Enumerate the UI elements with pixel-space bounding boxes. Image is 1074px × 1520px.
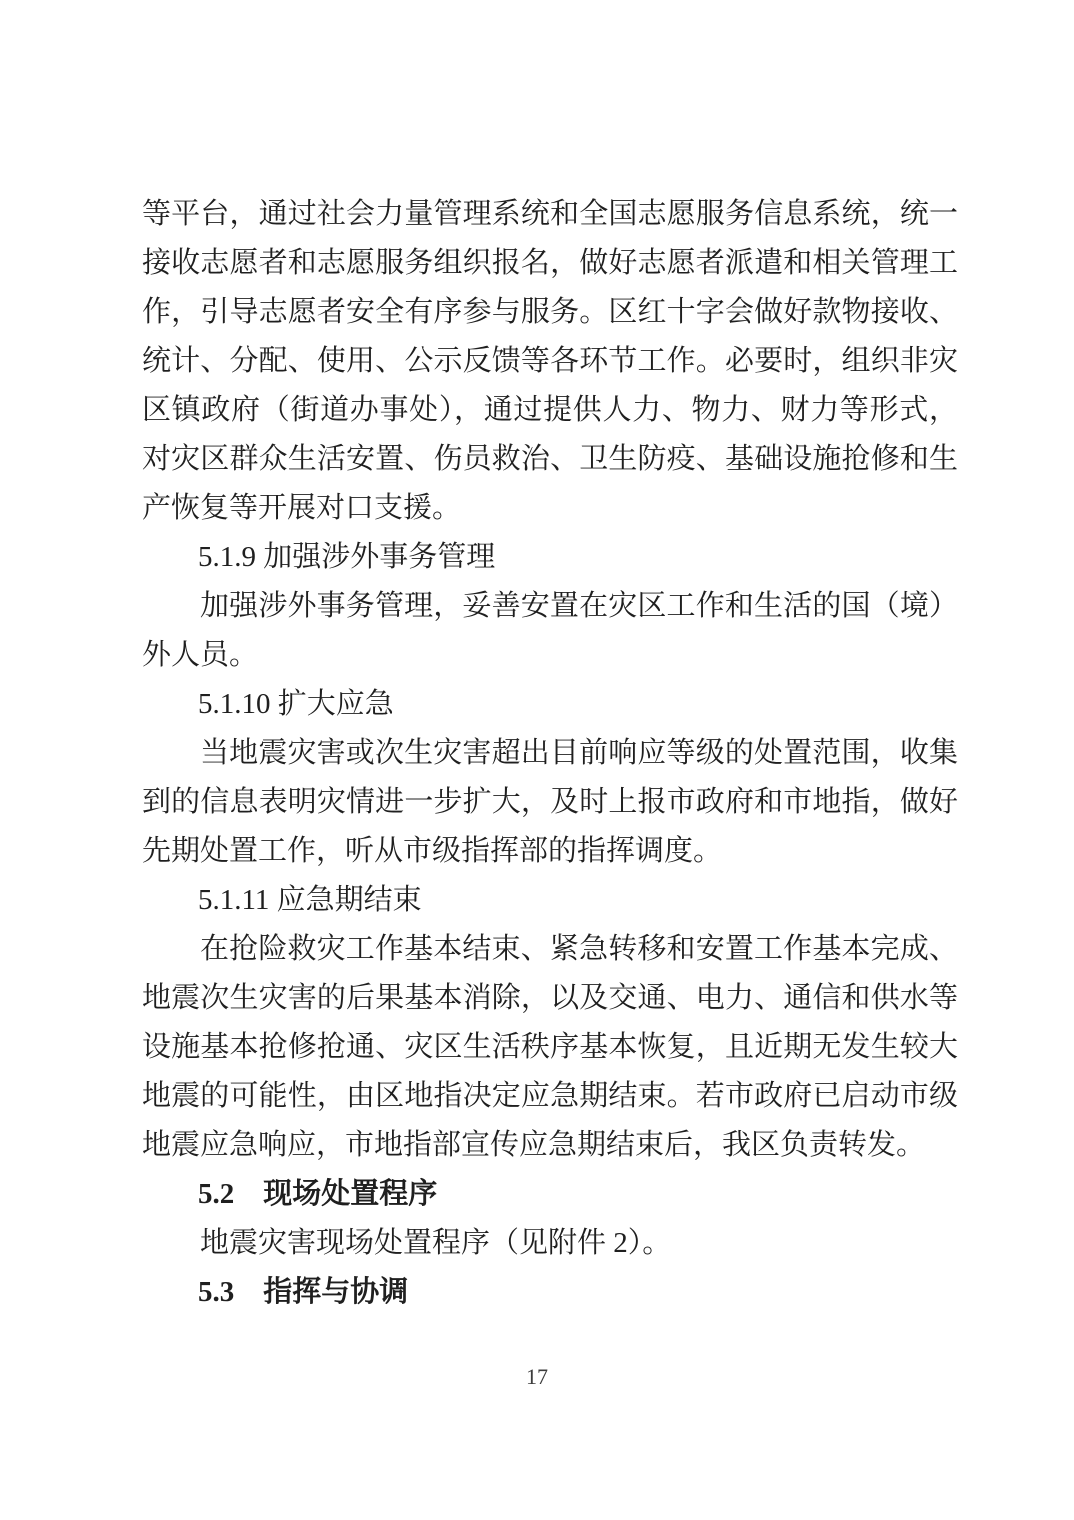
document-body: 等平台，通过社会力量管理系统和全国志愿服务信息系统，统一 接收志愿者和志愿服务组… (142, 190, 958, 1317)
page-number: 17 (0, 1362, 1074, 1392)
body-line: 地震灾害现场处置程序（见附件 2）。 (142, 1219, 958, 1268)
body-line: 地震次生灾害的后果基本消除，以及交通、电力、通信和供水等 (142, 974, 958, 1023)
heading-5-1-9: 5.1.9 加强涉外事务管理 (142, 533, 958, 582)
body-line: 加强涉外事务管理，妥善安置在灾区工作和生活的国（境） (142, 582, 958, 631)
body-line: 等平台，通过社会力量管理系统和全国志愿服务信息系统，统一 (142, 190, 958, 239)
body-line: 在抢险救灾工作基本结束、紧急转移和安置工作基本完成、 (142, 925, 958, 974)
body-line: 到的信息表明灾情进一步扩大，及时上报市政府和市地指，做好 (142, 778, 958, 827)
document-page: 等平台，通过社会力量管理系统和全国志愿服务信息系统，统一 接收志愿者和志愿服务组… (0, 0, 1074, 1520)
heading-5-3: 5.3 指挥与协调 (142, 1268, 958, 1317)
body-line: 接收志愿者和志愿服务组织报名，做好志愿者派遣和相关管理工 (142, 239, 958, 288)
body-line: 先期处置工作，听从市级指挥部的指挥调度。 (142, 827, 958, 876)
body-line: 外人员。 (142, 631, 958, 680)
heading-5-1-11: 5.1.11 应急期结束 (142, 876, 958, 925)
body-line: 统计、分配、使用、公示反馈等各环节工作。必要时，组织非灾 (142, 337, 958, 386)
body-line: 区镇政府（街道办事处），通过提供人力、物力、财力等形式， (142, 386, 958, 435)
heading-5-1-10: 5.1.10 扩大应急 (142, 680, 958, 729)
body-line: 地震应急响应，市地指部宣传应急期结束后，我区负责转发。 (142, 1121, 958, 1170)
body-line: 当地震灾害或次生灾害超出目前响应等级的处置范围，收集 (142, 729, 958, 778)
body-line: 作，引导志愿者安全有序参与服务。区红十字会做好款物接收、 (142, 288, 958, 337)
body-line: 设施基本抢修抢通、灾区生活秩序基本恢复，且近期无发生较大 (142, 1023, 958, 1072)
body-line: 对灾区群众生活安置、伤员救治、卫生防疫、基础设施抢修和生 (142, 435, 958, 484)
body-line: 地震的可能性，由区地指决定应急期结束。若市政府已启动市级 (142, 1072, 958, 1121)
heading-5-2: 5.2 现场处置程序 (142, 1170, 958, 1219)
body-line: 产恢复等开展对口支援。 (142, 484, 958, 533)
